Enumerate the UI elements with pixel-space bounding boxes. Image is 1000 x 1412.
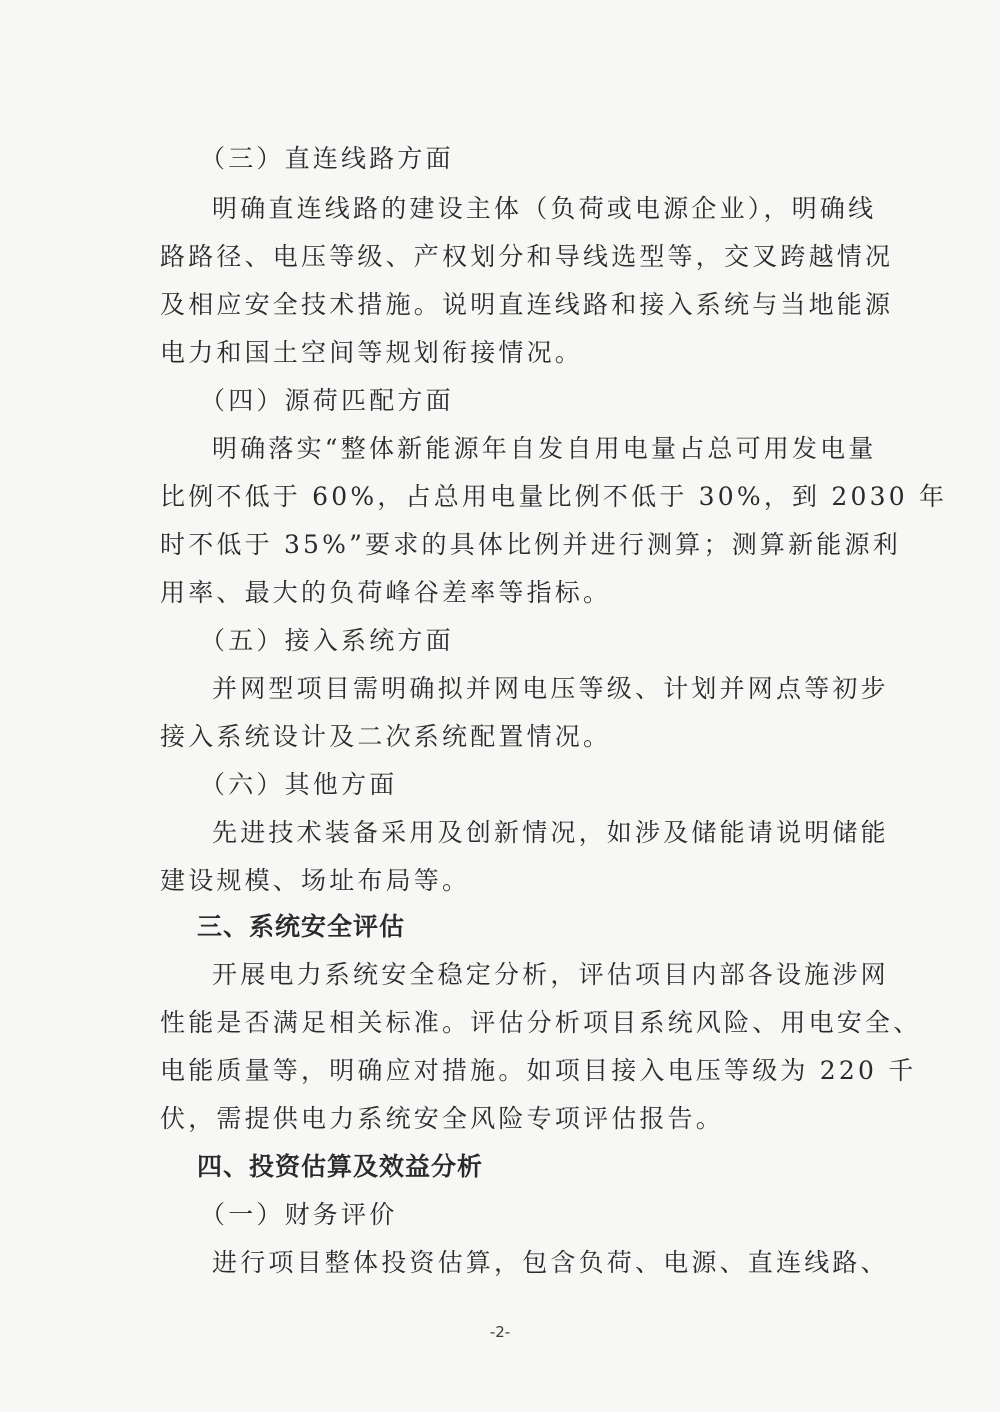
paragraph-line: 路路径、电压等级、产权划分和导线选型等，交叉跨越情况 xyxy=(160,240,860,274)
subsection-heading-6: （六）其他方面 xyxy=(200,768,900,802)
subsection-heading-4-1: （一）财务评价 xyxy=(200,1198,900,1232)
document-page: （三）直连线路方面 明确直连线路的建设主体（负荷或电源企业），明确线 路路径、电… xyxy=(0,0,1000,1412)
paragraph-line: 时不低于 35%”要求的具体比例并进行测算；测算新能源利 xyxy=(160,528,860,562)
subsection-heading-5: （五）接入系统方面 xyxy=(200,624,900,658)
subsection-heading-4: （四）源荷匹配方面 xyxy=(200,384,900,418)
section-heading-3: 三、系统安全评估 xyxy=(197,910,897,944)
paragraph-line: 伏，需提供电力系统安全风险专项评估报告。 xyxy=(160,1102,860,1136)
paragraph-line: 接入系统设计及二次系统配置情况。 xyxy=(160,720,860,754)
paragraph-line: 用率、最大的负荷峰谷差率等指标。 xyxy=(160,576,860,610)
paragraph-line: 并网型项目需明确拟并网电压等级、计划并网点等初步 xyxy=(212,672,860,706)
paragraph-line: 先进技术装备采用及创新情况，如涉及储能请说明储能 xyxy=(212,816,860,850)
paragraph-line: 及相应安全技术措施。说明直连线路和接入系统与当地能源 xyxy=(160,288,860,322)
subsection-heading-3: （三）直连线路方面 xyxy=(200,142,900,176)
paragraph-line: 开展电力系统安全稳定分析，评估项目内部各设施涉网 xyxy=(212,958,860,992)
paragraph-line: 电力和国土空间等规划衔接情况。 xyxy=(160,336,860,370)
paragraph-line: 进行项目整体投资估算，包含负荷、电源、直连线路、 xyxy=(212,1246,860,1280)
paragraph-line: 性能是否满足相关标准。评估分析项目系统风险、用电安全、 xyxy=(160,1006,860,1040)
paragraph-line: 电能质量等，明确应对措施。如项目接入电压等级为 220 千 xyxy=(160,1054,860,1088)
paragraph-line: 比例不低于 60%，占总用电量比例不低于 30%，到 2030 年 xyxy=(160,480,860,514)
paragraph-line: 明确直连线路的建设主体（负荷或电源企业），明确线 xyxy=(212,192,860,226)
page-number: -2- xyxy=(0,1323,1000,1341)
section-heading-4: 四、投资估算及效益分析 xyxy=(197,1150,897,1184)
paragraph-line: 建设规模、场址布局等。 xyxy=(160,864,860,898)
paragraph-line: 明确落实“整体新能源年自发自用电量占总可用发电量 xyxy=(212,432,860,466)
